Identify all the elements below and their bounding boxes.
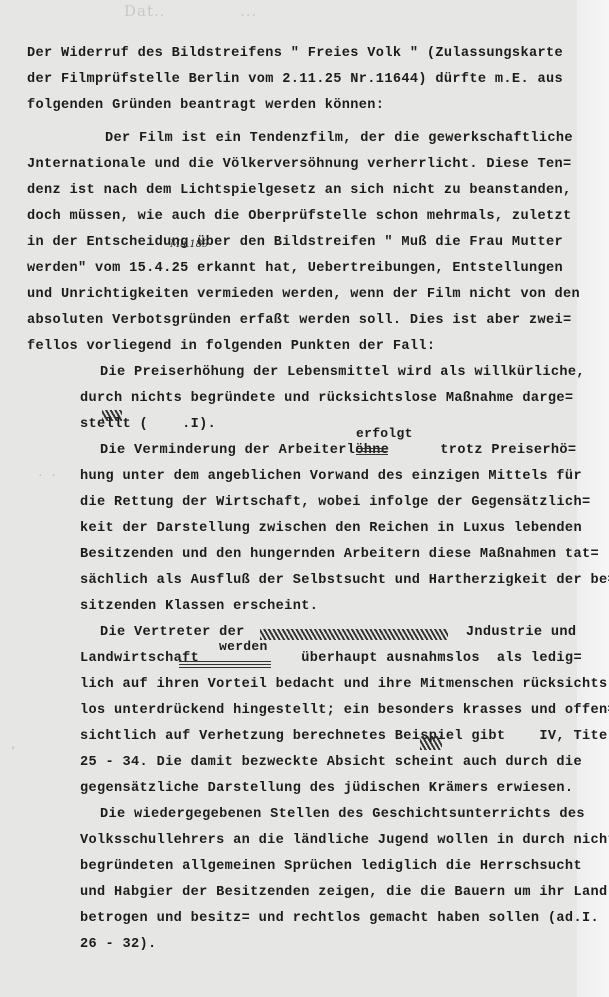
scribbled-reference xyxy=(420,736,442,750)
text-line: begründeten allgemeinen Sprüchen ledigli… xyxy=(80,859,582,875)
text-line: und Habgier der Besitzenden zeigen, die … xyxy=(80,885,607,901)
text-line: lich auf ihren Vorteil bedacht und ihre … xyxy=(80,677,607,693)
scribbled-reference xyxy=(102,410,122,421)
text-line: los unterdrückend hingestellt; ein beson… xyxy=(80,703,609,719)
text-line: Der Widerruf des Bildstreifens " Freies … xyxy=(27,46,563,62)
margin-mark: . . xyxy=(37,466,57,479)
text-line: absoluten Verbotsgründen erfaßt werden s… xyxy=(27,313,571,329)
struck-word xyxy=(179,659,271,668)
text-line: hung unter dem angeblichen Vorwand des e… xyxy=(80,469,582,485)
text-line: stellt ( .I). xyxy=(80,417,216,433)
text-line: 25 - 34. Die damit bezweckte Absicht sch… xyxy=(80,755,582,771)
struck-word xyxy=(356,446,388,455)
text-line: die Rettung der Wirtschaft, wobei infolg… xyxy=(80,495,590,511)
text-line: doch müssen, wie auch die Oberprüfstelle… xyxy=(27,209,571,225)
text-line: gegensätzliche Darstellung des jüdischen… xyxy=(80,781,573,797)
text-line: folgenden Gründen beantragt werden könne… xyxy=(27,98,384,114)
text-line: keit der Darstellung zwischen den Reiche… xyxy=(80,521,582,537)
text-line: Die Verminderung der Arbeiterlöhne trotz… xyxy=(100,443,576,459)
text-line: in der Entscheidung über den Bildstreife… xyxy=(27,235,563,251)
text-line: Volksschullehrers an die ländliche Jugen… xyxy=(80,833,609,849)
text-line: sitzenden Klassen erscheint. xyxy=(80,599,318,615)
header-stamp-right: ... xyxy=(240,2,257,20)
text-line: Besitzenden und den hungernden Arbeitern… xyxy=(80,547,599,563)
text-line: sichtlich auf Verhetzung berechnetes Bei… xyxy=(80,729,609,745)
text-line: werden" vom 15.4.25 erkannt hat, Uebertr… xyxy=(27,261,563,277)
text-line: Jnternationale und die Völkerversöhnung … xyxy=(27,157,571,173)
text-line: Die Preiserhöhung der Lebensmittel wird … xyxy=(100,365,585,381)
text-line: 26 - 32). xyxy=(80,937,157,953)
scribbled-text xyxy=(260,629,448,640)
margin-mark: , xyxy=(10,738,17,751)
text-line: Landwirtschaft überhaupt ausnahmslos als… xyxy=(80,651,582,667)
text-line: Die wiedergegebenen Stellen des Geschich… xyxy=(100,807,585,823)
typed-insertion-werden: werden xyxy=(219,639,268,654)
text-line: fellos vorliegend in folgenden Punkten d… xyxy=(27,339,435,355)
text-line: sächlich als Ausfluß der Selbstsucht und… xyxy=(80,573,609,589)
typed-insertion-erfolgt: erfolgt xyxy=(356,426,413,441)
text-line: und Unrichtigkeiten vermieden werden, we… xyxy=(27,287,580,303)
text-line: durch nichts begründete und rücksichtslo… xyxy=(80,391,573,407)
text-line: Der Film ist ein Tendenzfilm, der die ge… xyxy=(105,131,573,147)
header-stamp-left: Dat.. xyxy=(124,2,166,20)
text-line: der Filmprüfstelle Berlin vom 2.11.25 Nr… xyxy=(27,72,563,88)
text-line: denz ist nach dem Lichtspielgesetz an si… xyxy=(27,183,571,199)
handwritten-annotation: Ma.189 xyxy=(170,239,208,250)
text-line: betrogen und besitz= und rechtlos gemach… xyxy=(80,911,599,927)
